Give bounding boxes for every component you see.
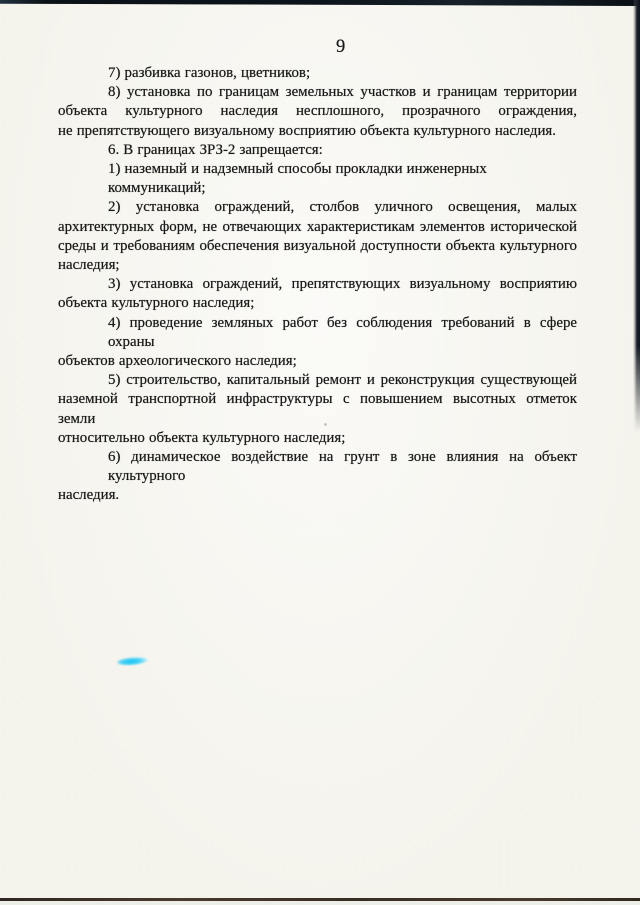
text-line: архитектурных форм, не отвечающих характ… <box>58 218 577 237</box>
text-line: наземной транспортной инфраструктуры с п… <box>58 390 577 428</box>
text-line: 4) проведение земляных работ без соблюде… <box>58 314 577 352</box>
text-line: среды и требованиям обеспечения визуальн… <box>58 237 577 256</box>
text-line: объектов археологического наследия; <box>58 352 577 371</box>
text-line: не препятствующего визуальному восприяти… <box>58 122 577 141</box>
scan-speck <box>324 423 327 426</box>
text-line: объекта культурного наследия несплошного… <box>58 102 577 121</box>
text-line: 8) установка по границам земельных участ… <box>58 83 577 102</box>
text-line: 3) установка ограждений, препятствующих … <box>58 275 577 294</box>
scan-edge-right <box>633 0 640 432</box>
document-text: 7) разбивка газонов, цветников; 8) устан… <box>58 64 577 506</box>
text-line: 6) динамическое воздействие на грунт в з… <box>58 448 577 486</box>
text-line: 7) разбивка газонов, цветников; <box>58 64 577 83</box>
scan-edge-top <box>0 0 640 6</box>
text-line: 5) строительство, капитальный ремонт и р… <box>58 371 577 390</box>
text-line: объекта культурного наследия; <box>58 294 577 313</box>
text-line: 6. В границах ЗРЗ-2 запрещается: <box>58 141 577 160</box>
text-line: относительно объекта культурного наследи… <box>58 429 577 448</box>
text-line: наследия; <box>58 256 577 275</box>
page-number: 9 <box>336 37 345 57</box>
pen-smudge-mark <box>117 656 149 667</box>
scan-edge-bottom-margin <box>0 901 640 905</box>
text-line: наследия. <box>58 486 577 505</box>
text-line: 2) установка ограждений, столбов уличног… <box>58 198 577 217</box>
text-line: 1) наземный и надземный способы прокладк… <box>58 160 577 198</box>
scanned-document-page: 9 7) разбивка газонов, цветников; 8) уст… <box>0 0 640 905</box>
